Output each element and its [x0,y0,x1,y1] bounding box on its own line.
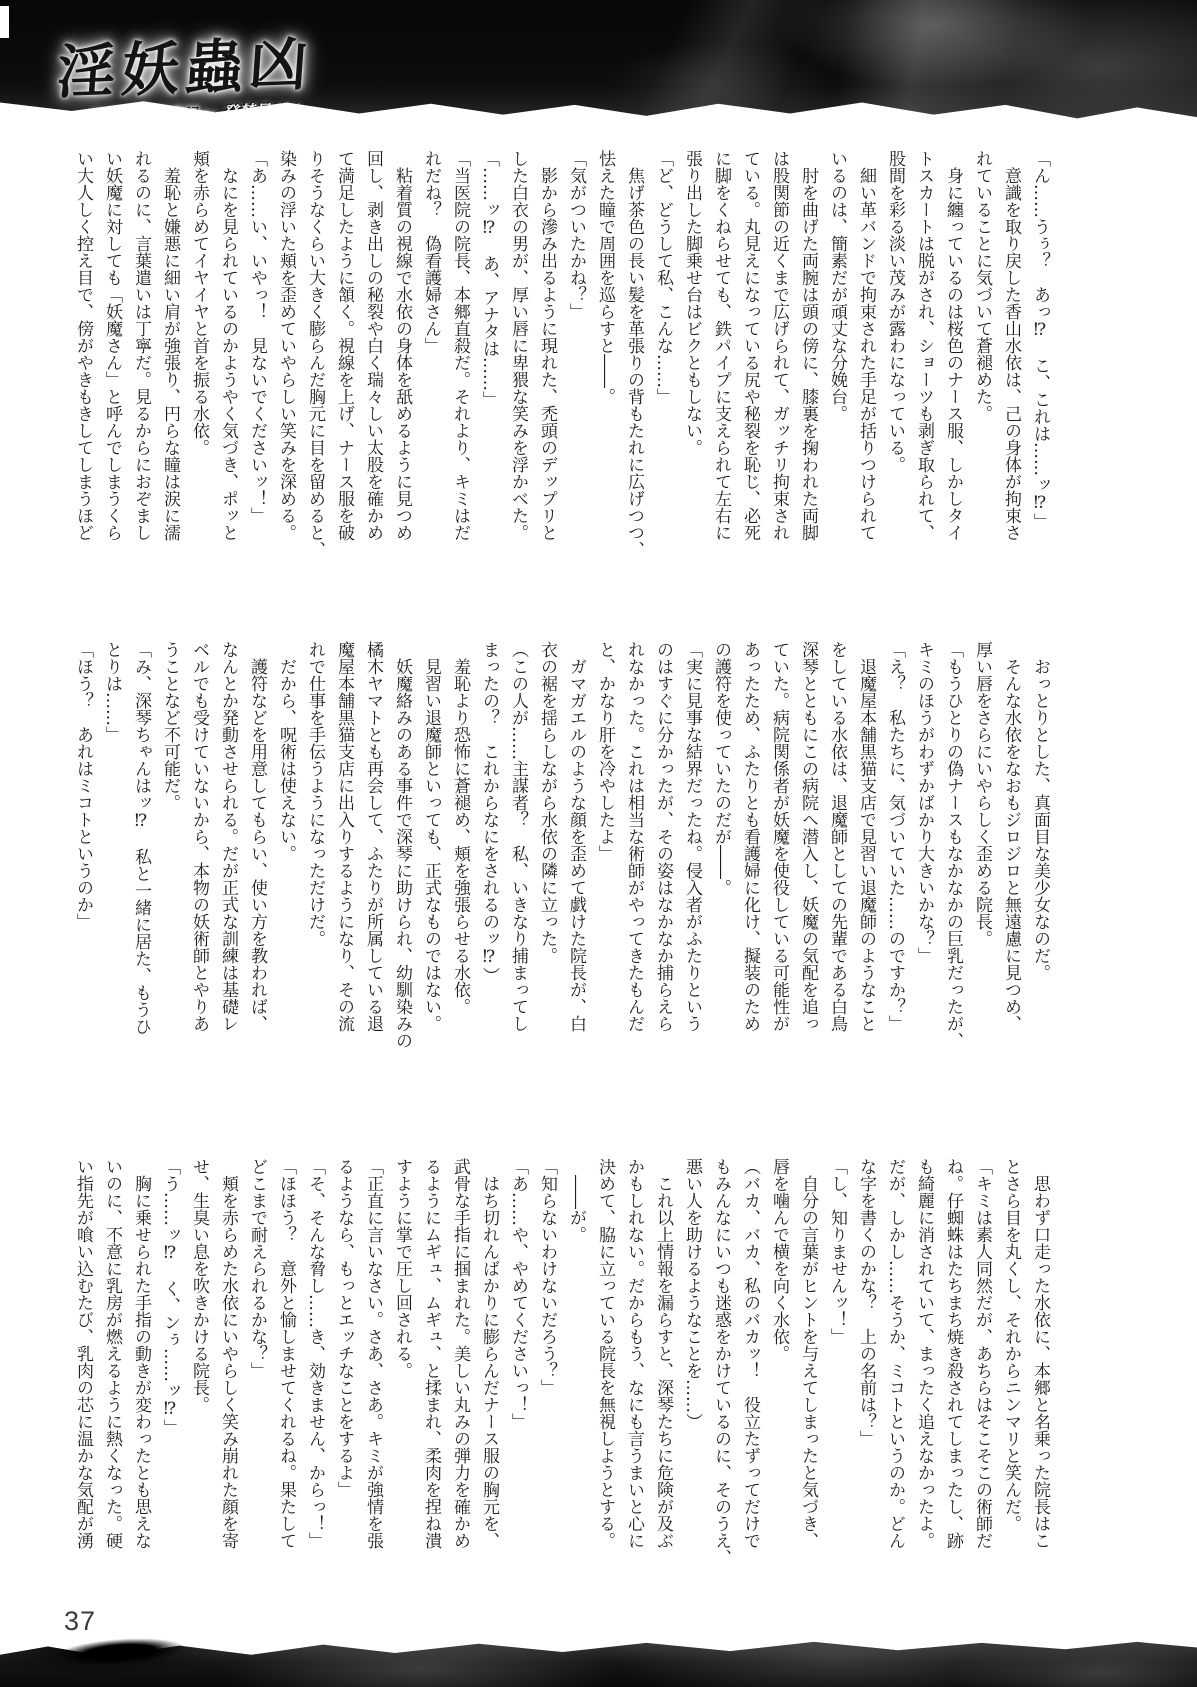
text-column: ――が。 [567,1158,585,1610]
text-column: れだね？ 偽看護婦さん」 [422,150,440,602]
text-column: ていた。病院関係者が妖魔を使役している可能性が [770,641,788,1093]
text-column: 「し、知りませんッ！」 [828,1158,846,1610]
text-column: 「そ、そんな脅し……き、効きません、からっ！」 [306,1158,324,1610]
text-column: なにを見られているのかようやく気づき、ポッと [219,150,237,602]
text-column: 頬を赤らめてイヤイヤと首を振る水依。 [190,150,208,602]
text-column: まったの？ これからなにをされるのッ⁉） [480,641,498,1093]
text-column: 肘を曲げた両腕は頭の傍に、膝裏を掬われた両脚 [799,150,817,602]
text-column: だが、しかし……そうか、ミコトというのか。どん [886,1158,904,1610]
text-column: なんとか発動させられる。だが正式な訓練は基礎レ [219,641,237,1093]
text-column: トスカートは脱がされ、ショーツも剥ぎ取られて、 [915,150,933,602]
text-column: は股関節の近くまで広げられて、ガッチリ拘束され [770,150,788,602]
text-column: ガマガエルのような顔を歪めて戯けた院長が、白 [567,641,585,1093]
text-column: 胸に乗せられた手指の動きが変わったとも思えな [132,1158,150,1610]
text-column: だから、呪術は使えない。 [277,641,295,1093]
text-band-top: 「ん……うぅ？ あっ⁉ こ、これは……ッ⁉」 意識を取り戻した香山水依は、己の身… [63,150,1049,602]
text-column: 焦げ茶色の長い髪を革張りの背もたれに広げつつ、 [625,150,643,602]
text-column: 意識を取り戻した香山水依は、己の身体が拘束さ [1002,150,1020,602]
text-column: すように掌で圧し回される。 [393,1158,411,1610]
text-column: そんな水依をなおもジロジロと無遠慮に見つめ、 [1002,641,1020,1093]
text-band-middle: おっとりとした、真面目な美少女なのだ。 そんな水依をなおもジロジロと無遠慮に見つ… [63,641,1049,1093]
text-column: とりは……」 [103,641,121,1093]
text-column: に脚をくねらせても、鉄パイプに支えられて左右に [712,150,730,602]
text-column: 「気がついたかね？」 [567,150,585,602]
text-column: のはすぐに分かったが、その姿はなかなか捕らえら [654,641,672,1093]
text-column: れていることに気づいて蒼褪めた。 [973,150,991,602]
text-column: な字を書くのかな？ 上の名前は？」 [857,1158,875,1610]
text-column: るようにムギュ、ムギュ、と揉まれ、柔肉を捏ね潰 [422,1158,440,1610]
corner-notch [0,6,9,38]
text-column: 「あ……や、やめてくださいっ！」 [509,1158,527,1610]
series-logo: 淫妖蟲凶 〜凌辱学園退魔録〜 発禁最凶!! [56,10,499,128]
text-column: 影から滲み出るように現れた、禿頭のデップリと [538,150,556,602]
text-column: とさら目を丸くし、それからニンマリと笑んだ。 [1002,1158,1020,1610]
text-column: 「知らないわけないだろう？」 [538,1158,556,1610]
text-column: 「……ッ⁉ あ、アナタは……」 [480,150,498,602]
text-column: 衣の裾を揺らしながら水依の隣に立った。 [538,641,556,1093]
text-column: どこまで耐えられるかな？」 [248,1158,266,1610]
text-column: した白衣の男が、厚い唇に卑猥な笑みを浮かべた。 [509,150,527,602]
text-column: これ以上情報を漏らすと、深琴たちに危険が及ぶ [654,1158,672,1610]
text-column: ベルでも受けていないから、本物の妖術師とやりあ [190,641,208,1093]
text-column: 「み、深琴ちゃんはッ⁉ 私と一緒に居た、もうひ [132,641,150,1093]
text-column: 「当医院の院長、本郷直殺だ。それより、キミはだ [451,150,469,602]
text-column: 退魔屋本舗黒猫支店で見習い退魔師のようなこと [857,641,875,1093]
text-column: うことなど不可能だ。 [161,641,179,1093]
text-column: 怯えた瞳で周囲を巡らすと――。 [596,150,614,602]
text-column: 張り出した脚乗せ台はビクともしない。 [683,150,701,602]
text-column: いのに、不意に乳房が燃えるように熱くなった。硬 [103,1158,121,1610]
text-column: 武骨な手指に掴まれた。美しい丸みの弾力を確かめ [451,1158,469,1610]
text-column: 「あ……い、いやっ！ 見ないでくださいッ！」 [248,150,266,602]
text-column: 身に纏っているのは桜色のナース服、しかしタイ [944,150,962,602]
text-column: 護符などを用意してもらい、使い方を教われば、 [248,641,266,1093]
text-column: い妖魔に対しても「妖魔さん」と呼んでしまうくら [103,150,121,602]
text-column: （バカ、バカ、私のバカッ！ 役立たずってだけで [741,1158,759,1610]
text-column: 橘木ヤマトとも再会して、ふたりが所属している退 [364,641,382,1093]
text-column: 「ほほう？ 意外と愉しませてくれるね。果たして [277,1158,295,1610]
text-column: 厚い唇をさらにいやらしく歪める院長。 [973,641,991,1093]
text-column: はち切れんばかりに膨らんだナース服の胸元を、 [480,1158,498,1610]
text-column: 決めて、脇に立っている院長を無視しようとする。 [596,1158,614,1610]
text-column: 羞恥より恐怖に蒼褪め、頬を強張らせる水依。 [451,641,469,1093]
text-column: 「もうひとりの偽ナースもなかなかの巨乳だったが、 [944,641,962,1093]
text-column: かもしれない。だからもう、なにも言うまいと心に [625,1158,643,1610]
text-column: 妖魔絡みのある事件で深琴に助けられ、幼馴染みの [393,641,411,1093]
text-column: も綺麗に消されていて、まったく追えなかったよ。 [915,1158,933,1610]
text-column: りそうなくらい大きく膨らんだ胸元に目を留めると、 [306,150,324,602]
text-column: キミのほうがわずかばかり大きいかな？」 [915,641,933,1093]
text-column: もみんなにいつも迷惑をかけているのに、そのうえ、 [712,1158,730,1610]
text-column: 「実に見事な結界だったね。侵入者がふたりという [683,641,701,1093]
text-column: 回し、剥き出しの秘裂や白く瑞々しい太股を確かめ [364,150,382,602]
text-column: 「正直に言いなさい。さあ、さあ。キミが強情を張 [364,1158,382,1610]
text-band-bottom: 思わず口走った水依に、本郷と名乗った院長はことさら目を丸くし、それからニンマリと… [63,1158,1049,1610]
text-column: 「ん……うぅ？ あっ⁉ こ、これは……ッ⁉」 [1031,150,1049,602]
text-column: と、かなり肝を冷やしたよ」 [596,641,614,1093]
text-column: 「ど、どうして私、こんな……」 [654,150,672,602]
text-column: おっとりとした、真面目な美少女なのだ。 [1031,641,1049,1093]
text-column: て満足したように頷く。視線を上げ、ナース服を破 [335,150,353,602]
text-column: い指先が喰い込むたび、乳肉の芯に温かな気配が湧 [74,1158,92,1610]
text-column: あったため、ふたりとも看護婦に化け、擬装のため [741,641,759,1093]
text-column: 思わず口走った水依に、本郷と名乗った院長はこ [1031,1158,1049,1610]
text-column: い大人しく控え目で、傍がやきもきしてしまうほど [74,150,92,602]
text-column: るようなら、もっとエッチなことをするよ」 [335,1158,353,1610]
text-column: 股間を彩る淡い茂みが露わになっている。 [886,150,904,602]
text-column: 細い革バンドで拘束された手足が括りつけられて [857,150,875,602]
text-column: 唇を噛んで横を向く水依。 [770,1158,788,1610]
text-column: 「え？ 私たちに、気づいていた……のですか？」 [886,641,904,1093]
text-column: 「キミは素人同然だが、あちらはそこそこの術師だ [973,1158,991,1610]
text-column: いるのは、簡素だが頑丈な分娩台。 [828,150,846,602]
text-column: 「ほう？ あれはミコトというのか」 [74,641,92,1093]
text-column: 魔屋本舗黒猫支店に出入りするようになり、その流 [335,641,353,1093]
text-column: 粘着質の視線で水依の身体を舐めるように見つめ [393,150,411,602]
text-column: 頬を赤らめた水依にいやらしく笑み崩れた顔を寄 [219,1158,237,1610]
text-column: せ、生臭い息を吹きかける院長。 [190,1158,208,1610]
text-column: 悪い人を助けるようなことを……） [683,1158,701,1610]
header-banner: 淫妖蟲凶 〜凌辱学園退魔録〜 発禁最凶!! [0,0,1197,122]
text-column: れなかった。これは相当な術師がやってきたもんだ [625,641,643,1093]
text-column: をしている水依は、退魔師としての先輩である白鳥 [828,641,846,1093]
text-column: の護符を使っていたのだが――。 [712,641,730,1093]
text-column: ている。丸見えになっている尻や秘裂を恥じ、必死 [741,150,759,602]
text-column: 羞恥と嫌悪に細い肩が強張り、円らな瞳は涙に濡 [161,150,179,602]
logo-title: 淫妖蟲凶 [55,10,501,110]
text-column: 見習い退魔師といっても、正式なものではない。 [422,641,440,1093]
text-column: 自分の言葉がヒントを与えてしまったと気づき、 [799,1158,817,1610]
text-column: （この人が……主謀者？ 私、いきなり捕まってし [509,641,527,1093]
text-column: 「う……ッ⁉ く、ンぅ……ッ⁉」 [161,1158,179,1610]
text-column: 深琴とともにこの病院へ潜入し、妖魔の気配を追っ [799,641,817,1093]
text-column: 染みの浮いた頬を歪めていやらしい笑みを深める。 [277,150,295,602]
text-column: ね。仔蜘蛛はたちまち焼き殺されてしまったし、跡 [944,1158,962,1610]
text-column: れるのに、言葉遣いは丁寧だ。見るからにおぞまし [132,150,150,602]
page-number: 37 [64,1606,96,1637]
text-column: れで仕事を手伝うようになっただけだ。 [306,641,324,1093]
